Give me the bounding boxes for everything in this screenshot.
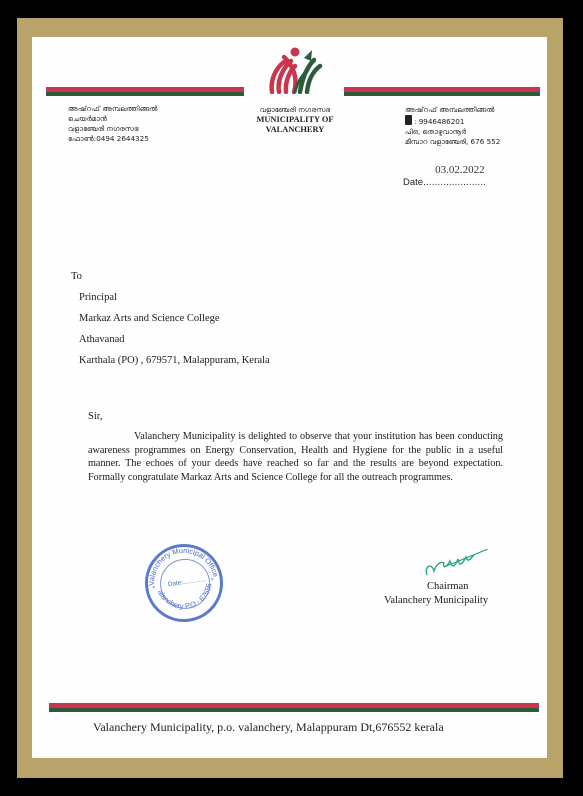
municipality-title-line1: MUNICIPALITY OF (232, 115, 358, 125)
to-label: To (71, 266, 82, 287)
svg-text:*: * (210, 577, 214, 584)
address-line2: മീമ്പാറ വളാഞ്ചേരി, 676 552 (405, 137, 500, 147)
date-field: Date ...................... 03.02.2022 (403, 170, 486, 189)
signatory-organization: Valanchery Municipality (384, 595, 488, 606)
mobile-line: : 9946486201 (405, 115, 500, 127)
municipality-title-line2: VALANCHERY (232, 125, 358, 135)
address-line1: പിഒ, തൊഴുവാനൂർ (405, 127, 500, 137)
header-stripe-left (46, 87, 244, 96)
letter-body: Valanchery Municipality is delighted to … (88, 430, 503, 484)
signatory-title: Chairman (427, 581, 468, 592)
chairman-title: ചെയർമാൻ (68, 114, 158, 124)
office-phone: ഫോൺ:0494 2644325 (68, 134, 158, 144)
municipality-logo-icon (264, 46, 326, 94)
recipient-block: Principal Markaz Arts and Science Colleg… (79, 287, 270, 371)
recipient-line: Markaz Arts and Science College (79, 308, 270, 329)
recipient-line: Principal (79, 287, 270, 308)
municipality-name-ml: വളാഞ്ചേരി നഗരസഭ (68, 124, 158, 134)
header-stripe-right (344, 87, 540, 96)
chairman-name-right: അഷ്‌റഫ് അമ്പലത്തിങ്ങൽ (405, 105, 500, 115)
footer-stripe (49, 703, 539, 712)
salutation: Sir, (88, 411, 102, 422)
date-label: Date (403, 177, 423, 188)
letterhead-right: അഷ്‌റഫ് അമ്പലത്തിങ്ങൽ : 9946486201 പിഒ, … (405, 105, 500, 147)
office-seal-stamp: Valanchery Municipal Office Valanchery P… (140, 539, 228, 627)
signature-icon (424, 549, 494, 583)
svg-text:*: * (152, 585, 156, 592)
footer-address: Valanchery Municipality, p.o. valanchery… (93, 720, 444, 735)
letterhead-left: അഷ്‌റഫ് അമ്പലത്തിങ്ങൽ ചെയർമാൻ വളാഞ്ചേരി … (68, 104, 158, 144)
recipient-line: Athavanad (79, 329, 270, 350)
letter-page: അഷ്‌റഫ് അമ്പലത്തിങ്ങൽ ചെയർമാൻ വളാഞ്ചേരി … (32, 37, 547, 758)
mobile-phone-icon (405, 115, 412, 125)
chairman-name: അഷ്‌റഫ് അമ്പലത്തിങ്ങൽ (68, 104, 158, 114)
date-dots: ...................... (423, 178, 486, 188)
date-value: 03.02.2022 (435, 164, 485, 176)
recipient-line: Karthala (PO) , 679571, Malappuram, Kera… (79, 350, 270, 371)
municipality-name-ml-center: വളാഞ്ചേരി നഗരസഭ (232, 105, 358, 115)
letterhead-center: വളാഞ്ചേരി നഗരസഭ MUNICIPALITY OF VALANCHE… (232, 105, 358, 135)
